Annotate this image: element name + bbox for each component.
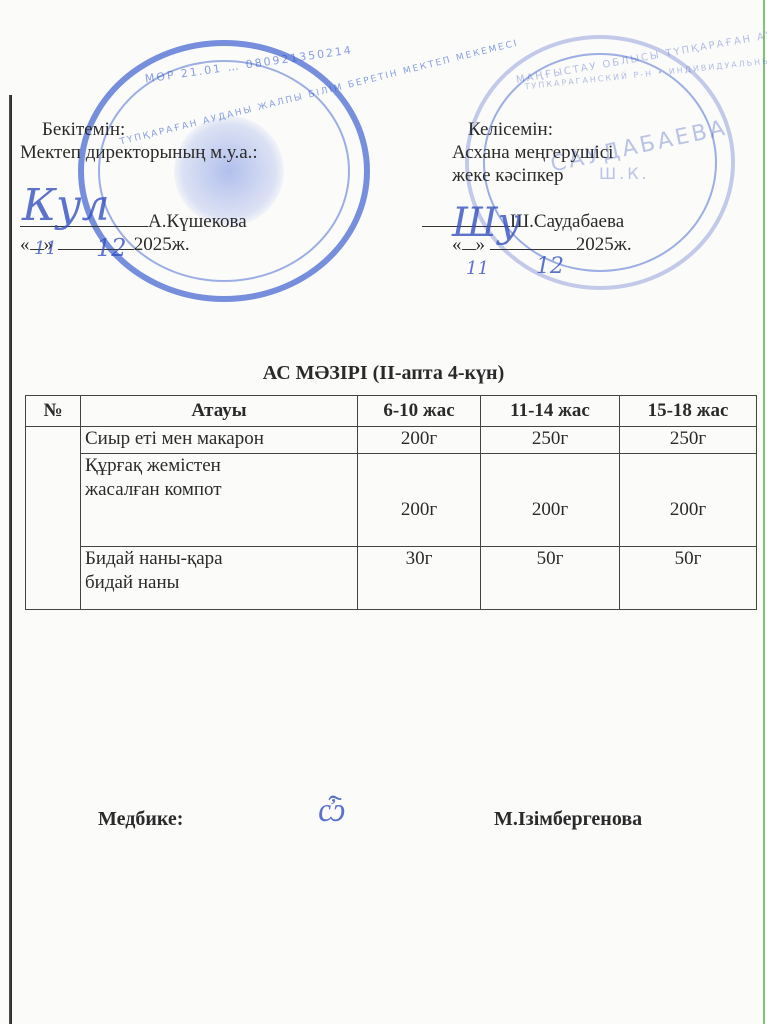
portion-15-18: 50г — [620, 547, 757, 610]
approval-heading: Бекітемін: — [20, 118, 258, 141]
dish-name: Бидай наны-қарабидай наны — [81, 547, 358, 610]
portion-15-18: 200г — [620, 454, 757, 547]
seal-outer-text: МАҢҒЫСТАУ ОБЛЫСЫ ТҮПҚАРАҒАН АУДАНЫ — [515, 23, 767, 86]
header-age-15-18: 15-18 жас — [620, 396, 757, 427]
agreement-heading: Келісемін: — [452, 118, 632, 141]
portion-6-10: 30г — [358, 547, 481, 610]
nurse-signature: ѽ — [318, 790, 345, 830]
approver-position: Мектеп директорының м.у.а.: — [20, 141, 258, 164]
portion-6-10: 200г — [358, 427, 481, 454]
agreer-signature: Шу — [452, 200, 521, 246]
dish-name: Сиыр еті мен макарон — [81, 427, 358, 454]
header-number: № — [26, 396, 81, 427]
menu-title: АС МӘЗІРІ (ІІ-апта 4-күн) — [0, 362, 767, 385]
approver-name: А.Күшекова — [148, 211, 247, 232]
approver-signature: Кул — [22, 180, 110, 231]
dish-name: Құрғақ жемістенжасалған компот — [81, 454, 358, 547]
approval-year: 2025ж. — [134, 234, 190, 255]
scan-edge-line — [763, 0, 765, 1024]
nurse-name: М.Ізімбергенова — [494, 808, 642, 831]
portion-11-14: 50г — [481, 547, 620, 610]
approval-month-handwritten: 12 — [96, 234, 127, 262]
nurse-label: Медбике: — [98, 808, 183, 831]
agreer-name: Ш.Саудабаева — [510, 211, 624, 232]
agreement-year: 2025ж. — [576, 234, 632, 255]
table-row: Бидай наны-қарабидай наны 30г 50г 50г — [26, 547, 757, 610]
agreer-position-line2: жеке кәсіпкер — [452, 164, 632, 187]
table-row: Сиыр еті мен макарон 200г 250г 250г — [26, 427, 757, 454]
portion-11-14: 250г — [481, 427, 620, 454]
seal-inner-text: ТУПКАРАГАНСКИЙ Р-Н • ИНДИВИДУАЛЬНЫЙ — [524, 56, 767, 92]
agreement-day-handwritten: 11 — [466, 258, 489, 279]
table-header-row: № Атауы 6-10 жас 11-14 жас 15-18 жас — [26, 396, 757, 427]
portion-11-14: 200г — [481, 454, 620, 547]
number-cell — [26, 427, 81, 610]
portion-6-10: 200г — [358, 454, 481, 547]
table-row: Құрғақ жемістенжасалған компот 200г 200г… — [26, 454, 757, 547]
header-age-6-10: 6-10 жас — [358, 396, 481, 427]
agreement-month-handwritten: 12 — [536, 254, 564, 279]
portion-15-18: 250г — [620, 427, 757, 454]
header-age-11-14: 11-14 жас — [481, 396, 620, 427]
menu-table: № Атауы 6-10 жас 11-14 жас 15-18 жас Сиы… — [25, 395, 757, 610]
header-name: Атауы — [81, 396, 358, 427]
seal-outer-text: МӨР 21.01 … 080921350214 — [144, 43, 354, 85]
page-edge-shadow — [9, 95, 12, 1024]
approval-day-handwritten: 11 — [34, 238, 57, 259]
agreer-position-line1: Асхана меңгерушісі — [452, 141, 632, 164]
